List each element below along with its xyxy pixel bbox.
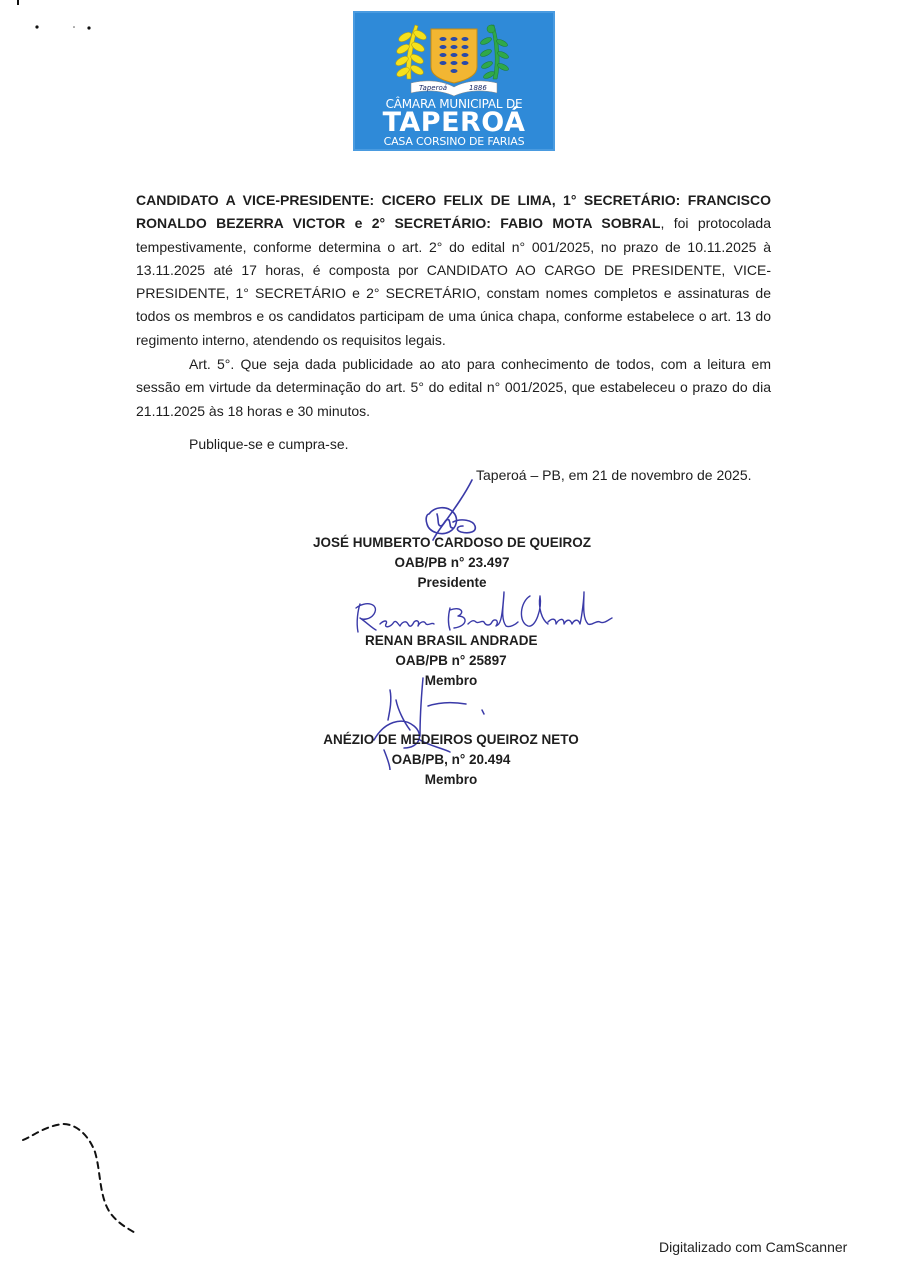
paragraph-slate-composition: CANDIDATO A VICE-PRESIDENTE: CICERO FELI…	[136, 189, 771, 352]
logo-line-house: CASA CORSINO DE FARIAS	[353, 135, 555, 148]
signatory-role: Presidente	[313, 573, 591, 593]
signature-block-president: JOSÉ HUMBERTO CARDOSO DE QUEIROZ OAB/PB …	[313, 533, 591, 593]
signatory-name: JOSÉ HUMBERTO CARDOSO DE QUEIROZ	[313, 533, 591, 553]
signatory-registration: OAB/PB n° 23.497	[313, 553, 591, 573]
signature-block-member-anezio: ANÉZIO DE MEDEIROS QUEIROZ NETO OAB/PB, …	[323, 730, 579, 790]
signatory-name: RENAN BRASIL ANDRADE	[365, 631, 537, 651]
scan-artifact-curve	[15, 1118, 145, 1238]
paragraph-1-text: , foi protocolada tempestivamente, confo…	[136, 215, 771, 347]
coat-of-arms-icon	[393, 17, 515, 97]
ribbon-text-right: 1886	[469, 84, 487, 92]
ribbon-text-left: Taperoá	[419, 84, 447, 92]
signature-block-member-renan: RENAN BRASIL ANDRADE OAB/PB n° 25897 Mem…	[365, 631, 537, 691]
signatory-registration: OAB/PB n° 25897	[365, 651, 537, 671]
signatory-name: ANÉZIO DE MEDEIROS QUEIROZ NETO	[323, 730, 579, 750]
paragraph-publish: Publique-se e cumpra-se.	[136, 433, 771, 456]
chamber-logo: Taperoá 1886 CÂMARA MUNICIPAL DE TAPEROÁ…	[353, 11, 555, 151]
logo-line-city: TAPEROÁ	[353, 109, 555, 136]
margin-dots-mark	[0, 0, 120, 40]
camscanner-watermark: Digitalizado com CamScanner	[659, 1239, 847, 1255]
signatory-role: Membro	[365, 671, 537, 691]
place-and-date: Taperoá – PB, em 21 de novembro de 2025.	[476, 467, 752, 483]
signatory-registration: OAB/PB, n° 20.494	[323, 750, 579, 770]
scanned-document-page: Taperoá 1886 CÂMARA MUNICIPAL DE TAPEROÁ…	[0, 0, 900, 1273]
signatory-role: Membro	[323, 770, 579, 790]
paragraph-article-5: Art. 5°. Que seja dada publicidade ao at…	[136, 353, 771, 423]
